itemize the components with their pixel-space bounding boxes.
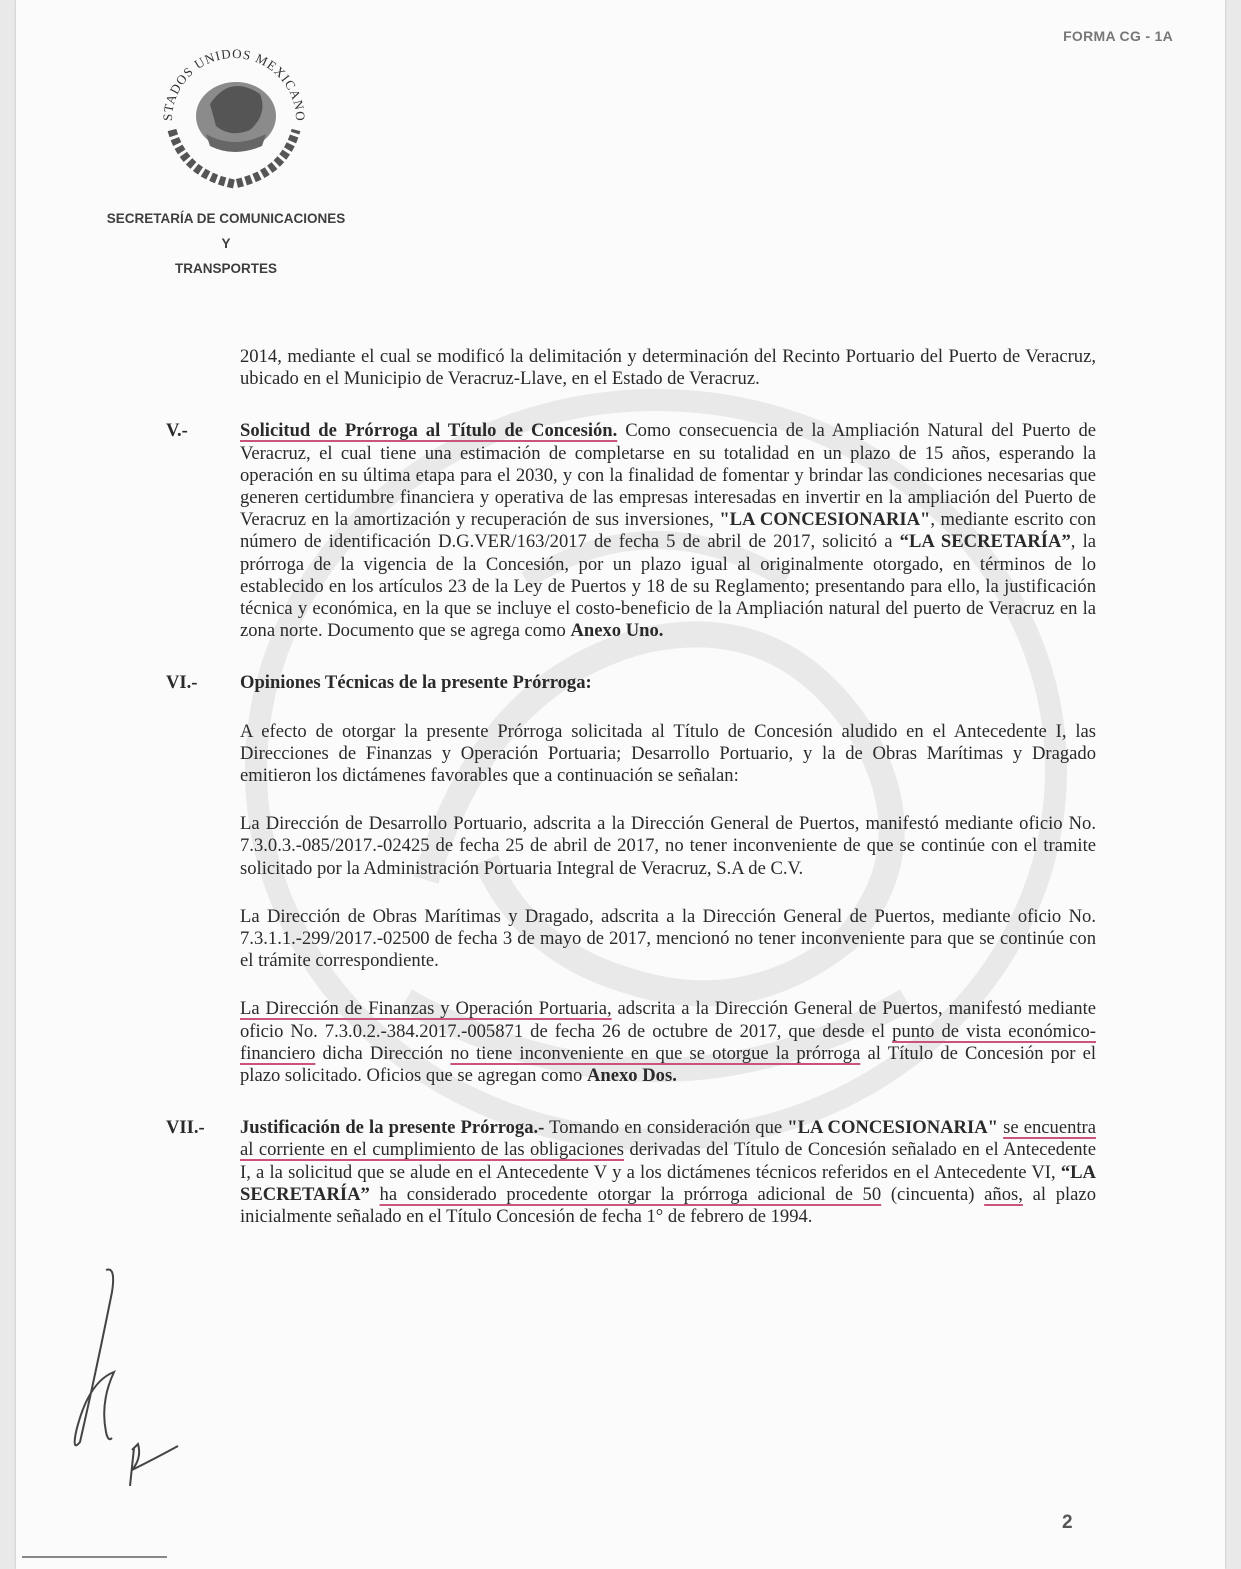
page-number: 2 [1062,1512,1073,1534]
section-title-text: Opiniones Técnicas de la presente Prórro… [240,672,592,693]
party-concesionaria: "LA CONCESIONARIA" [787,1117,998,1138]
section-vii: VII.- Justificación de la presente Prórr… [166,1117,1096,1228]
annex-reference: Anexo Uno. [570,620,663,641]
section-text: Justificación de la presente Prórroga.- … [240,1117,1096,1228]
text: (cincuenta) [881,1184,984,1205]
document-body: 2014, mediante el cual se modificó la de… [166,346,1096,1228]
section-vi-paragraph-1: A efecto de otorgar la presente Prórroga… [166,721,1096,788]
text: dicha Dirección [315,1043,450,1064]
section-vi-paragraph-2: La Dirección de Desarrollo Portuario, ad… [166,813,1096,880]
highlighted-text: La Dirección de Finanzas y Operación Por… [240,998,612,1019]
highlighted-text: no tiene inconveniente en que se otorgue… [450,1043,860,1064]
section-number: VI.- [166,672,240,694]
annex-reference: Anexo Dos. [587,1065,677,1086]
highlighted-text: ha considerado procedente otorgar la pró… [380,1184,882,1205]
mexican-coat-of-arms-icon: ESTADOS UNIDOS MEXICANOS [150,34,318,194]
section-vi: VI.- Opiniones Técnicas de la presente P… [166,672,1096,694]
section-title: Justificación de la presente Prórroga.- [240,1117,544,1138]
section-vi-paragraph-3: La Dirección de Obras Marítimas y Dragad… [166,906,1096,973]
section-title: Solicitud de Prórroga al Título de Conce… [240,420,617,441]
party-secretaria: “LA SECRETARÍA” [900,531,1071,552]
section-text: Solicitud de Prórroga al Título de Conce… [240,420,1096,642]
footer-rule [22,1556,167,1558]
section-number: VII.- [166,1117,240,1228]
agency-line-3: TRANSPORTES [76,256,376,281]
agency-line-1: SECRETARÍA DE COMUNICACIONES [76,206,376,231]
agency-line-2: Y [76,231,376,256]
section-v: V.- Solicitud de Prórroga al Título de C… [166,420,1096,642]
agency-name: SECRETARÍA DE COMUNICACIONES Y TRANSPORT… [76,206,376,281]
highlighted-text: años, [984,1184,1023,1205]
form-code: FORMA CG - 1A [1063,28,1173,44]
handwritten-signature-icon [36,1262,186,1462]
text: Tomando en consideración que [544,1117,787,1138]
party-concesionaria: "LA CONCESIONARIA" [719,509,930,530]
handwritten-initial-icon [126,1440,186,1490]
section-number: V.- [166,420,240,642]
intro-paragraph: 2014, mediante el cual se modificó la de… [166,346,1096,390]
section-vi-paragraph-4: La Dirección de Finanzas y Operación Por… [166,998,1096,1087]
document-page: FORMA CG - 1A ESTADOS UNIDOS MEXICANOS S… [16,0,1225,1569]
section-title: Opiniones Técnicas de la presente Prórro… [240,672,1096,694]
